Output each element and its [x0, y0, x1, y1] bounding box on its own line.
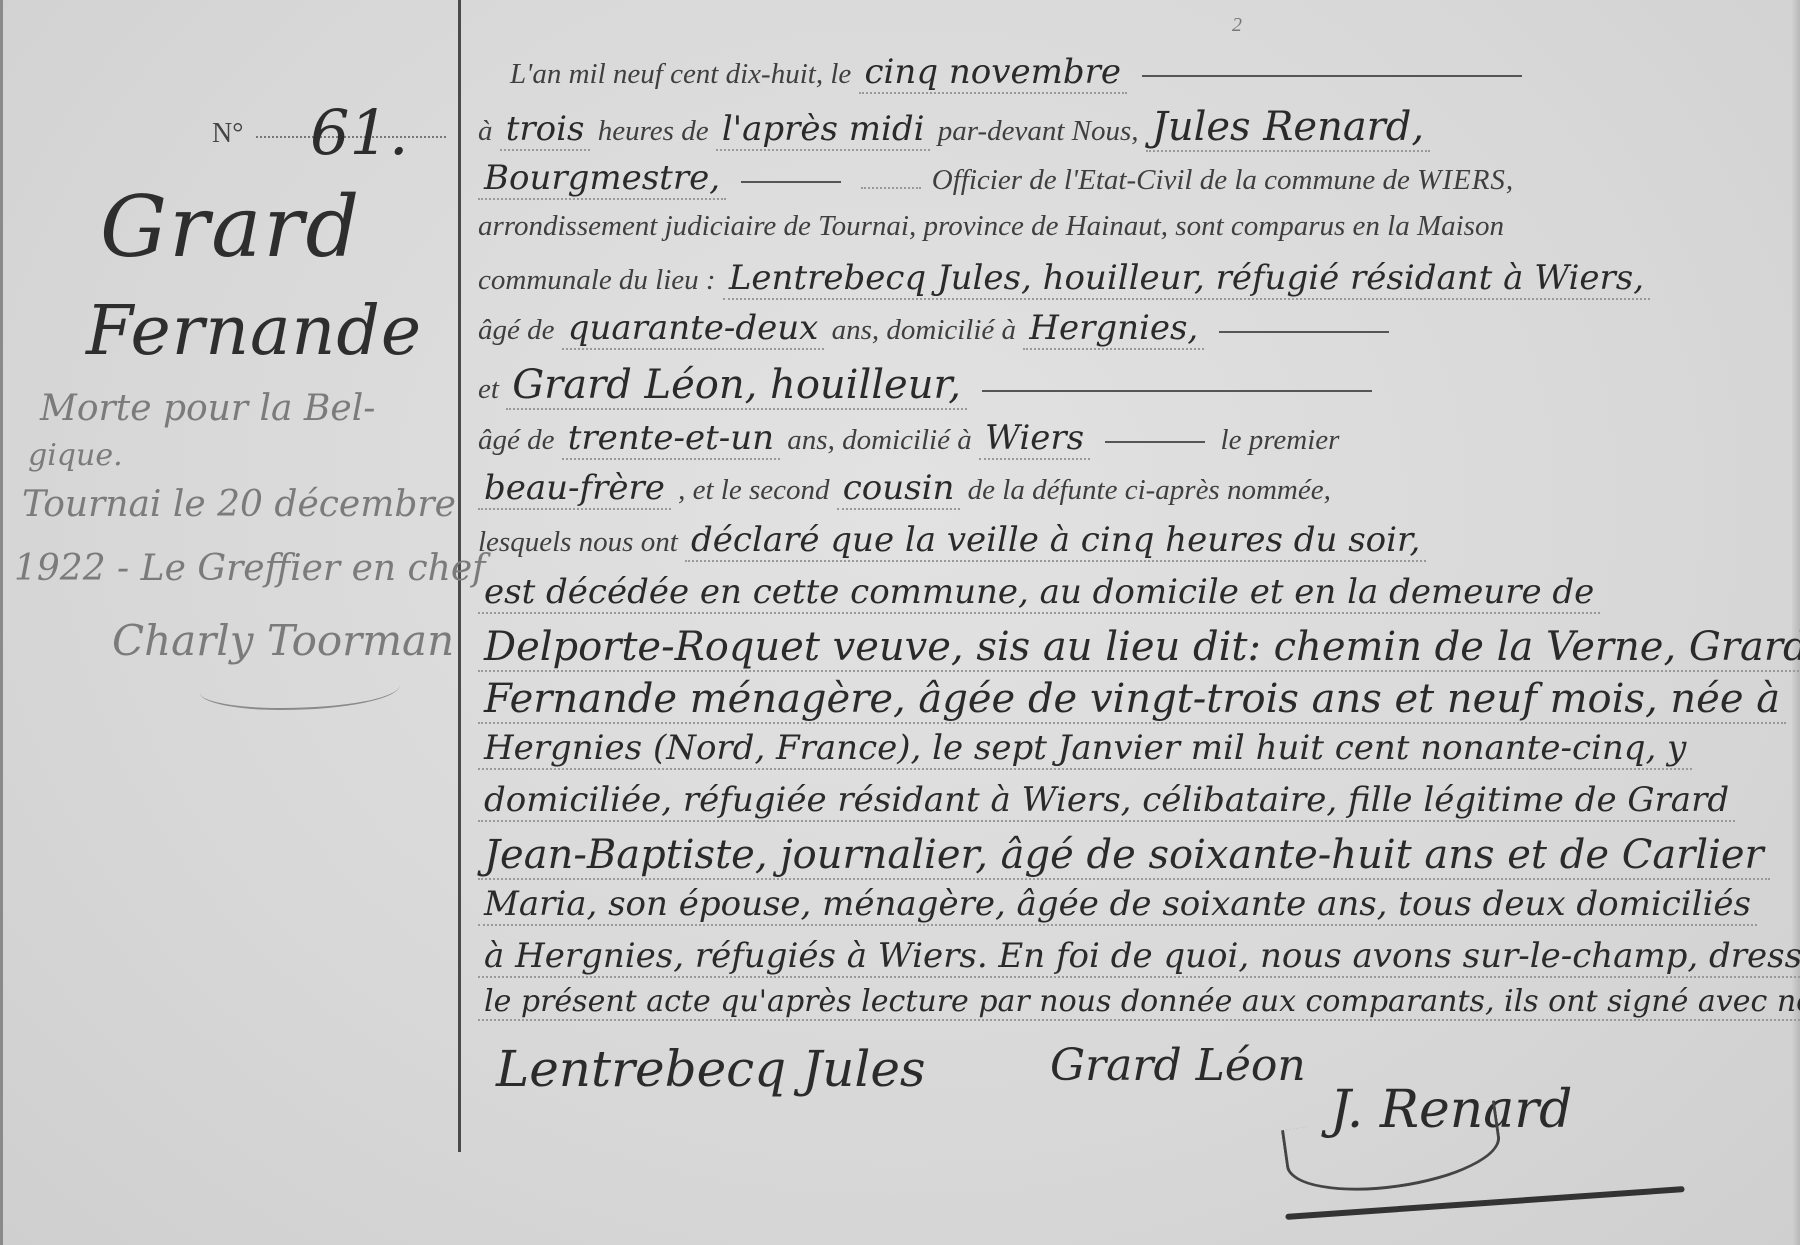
body-line: beau-frère , et le second cousin de la d… — [478, 468, 1718, 520]
body-line: Delporte-Roquet veuve, sis au lieu dit: … — [478, 624, 1718, 676]
body-line: âgé de trente-et-un ans, domicilié à Wie… — [478, 418, 1718, 470]
margin-annotation-line: Tournai le 20 décembre — [22, 484, 456, 525]
body-line: âgé de quarante-deux ans, domicilié à He… — [478, 308, 1718, 360]
margin-annotation-line: 1922 - Le Greffier en chef — [14, 548, 485, 589]
page-right-edge — [1792, 0, 1800, 1245]
handwritten-officer: Jules Renard, — [1146, 104, 1430, 152]
page-number: 2 — [1232, 14, 1242, 37]
margin-firstname: Fernande — [86, 292, 422, 371]
record-number: N° 61. — [212, 118, 446, 150]
margin-annotation-line: Morte pour la Bel- — [40, 388, 375, 429]
page-left-edge — [0, 0, 3, 1245]
signature-flourish — [200, 668, 400, 710]
body-line: Bourgmestre, Officier de l'Etat-Civil de… — [478, 158, 1718, 210]
margin-annotation-line: gique. — [28, 438, 123, 473]
body-line: L'an mil neuf cent dix-huit, le cinq nov… — [510, 52, 1750, 104]
body-line: Fernande ménagère, âgée de vingt-trois a… — [478, 676, 1718, 728]
signature-declarant-1: Lentrebecq Jules — [496, 1040, 926, 1098]
body-line: domiciliée, réfugiée résidant à Wiers, c… — [478, 780, 1718, 832]
handwritten-date: cinq novembre — [859, 52, 1127, 94]
document-page: 2 N° 61. Grard Fernande Morte pour la Be… — [0, 0, 1800, 1245]
body-line: Jean-Baptiste, journalier, âgé de soixan… — [478, 832, 1718, 884]
body-line: Hergnies (Nord, France), le sept Janvier… — [478, 728, 1718, 780]
body-line: lesquels nous ont déclaré que la veille … — [478, 520, 1718, 572]
body-line: arrondissement judiciaire de Tournai, pr… — [478, 210, 1718, 262]
body-line: le présent acte qu'après lecture par nou… — [478, 984, 1718, 1036]
signature-officer-flourish — [1281, 1100, 1505, 1202]
signature-officer-underline — [1285, 1186, 1684, 1220]
record-number-value: 61. — [310, 96, 409, 169]
margin-surname: Grard — [100, 178, 361, 276]
signature-declarant-2: Grard Léon — [1050, 1040, 1306, 1091]
body-line: est décédée en cette commune, au domicil… — [478, 572, 1718, 624]
body-line: communale du lieu : Lentrebecq Jules, ho… — [478, 258, 1718, 310]
body-line: à Hergnies, réfugiés à Wiers. En foi de … — [478, 936, 1718, 988]
margin-annotation-signature: Charly Toorman — [112, 616, 454, 665]
body-line: et Grard Léon, houilleur, — [478, 362, 1718, 414]
body-line: Maria, son épouse, ménagère, âgée de soi… — [478, 884, 1718, 936]
body-line: à trois heures de l'après midi par-devan… — [478, 104, 1718, 156]
record-number-label: N° — [212, 118, 243, 149]
